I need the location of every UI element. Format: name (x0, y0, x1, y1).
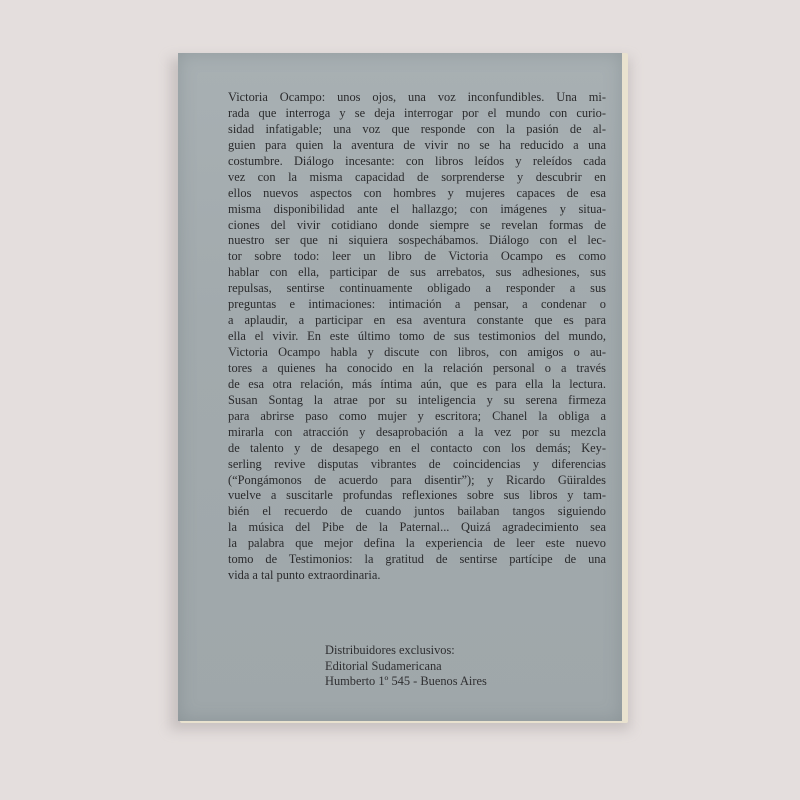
blurb-line: tores a quienes ha conocido en la relaci… (228, 361, 606, 377)
blurb-line: repulsas, sentirse continuamente obligad… (228, 281, 606, 297)
blurb-line: mirarla con atracción y desaprobación a … (228, 425, 606, 441)
blurb-line: misma disponibilidad ante el hallazgo; c… (228, 202, 606, 218)
blurb-line: Susan Sontag la atrae por su inteligenci… (228, 393, 606, 409)
blurb-line: de talento y de desapego en el contacto … (228, 441, 606, 457)
blurb-line: serling revive disputas vibrantes de coi… (228, 457, 606, 473)
blurb-line: la palabra que mejor defina la experienc… (228, 536, 606, 552)
blurb-line: (“Pongámonos de acuerdo para disentir”);… (228, 473, 606, 489)
blurb-line: ellos nuevos aspectos con hombres y muje… (228, 186, 606, 202)
blurb-line: rada que interroga y se deja interrogar … (228, 106, 606, 122)
blurb-line: Victoria Ocampo habla y discute con libr… (228, 345, 606, 361)
blurb-line: vuelve a suscitarle profundas reflexione… (228, 488, 606, 504)
blurb-line: tor sobre todo: leer un libro de Victori… (228, 249, 606, 265)
blurb-line: tomo de Testimonios: la gratitud de sent… (228, 552, 606, 568)
blurb-line: Victoria Ocampo: unos ojos, una voz inco… (228, 90, 606, 106)
blurb-line: sidad infatigable; una voz que responde … (228, 122, 606, 138)
blurb-line: nuestro ser que ni siquiera sospechábamo… (228, 233, 606, 249)
blurb-line: para abrirse paso como mujer y escritora… (228, 409, 606, 425)
blurb-line: preguntas e intimaciones: intimación a p… (228, 297, 606, 313)
blurb-line: ella el vivir. En este último tomo de su… (228, 329, 606, 345)
blurb-line: vez con la misma capacidad de sorprender… (228, 170, 606, 186)
blurb-line: ciones del vivir cotidiano donde siempre… (228, 218, 606, 234)
blurb-line: costumbre. Diálogo incesante: con libros… (228, 154, 606, 170)
blurb-line: la música del Pibe de la Paternal... Qui… (228, 520, 606, 536)
publisher-address: Humberto 1º 545 - Buenos Aires (325, 674, 487, 690)
blurb-line: de esa otra relación, más íntima aún, qu… (228, 377, 606, 393)
back-cover-blurb: Victoria Ocampo: unos ojos, una voz inco… (228, 90, 606, 584)
blurb-line: guien para quien la aventura de vivir no… (228, 138, 606, 154)
blurb-line: hablar con ella, participar de sus arreb… (228, 265, 606, 281)
blurb-line: a aplaudir, a participar en esa aventura… (228, 313, 606, 329)
blurb-line: bién el recuerdo de cuando juntos bailab… (228, 504, 606, 520)
distributor-info: Distribuidores exclusivos: Editorial Sud… (325, 643, 487, 690)
blurb-line: vida a tal punto extraordinaria. (228, 568, 606, 584)
publisher-name: Editorial Sudamericana (325, 659, 487, 675)
distributor-heading: Distribuidores exclusivos: (325, 643, 487, 659)
